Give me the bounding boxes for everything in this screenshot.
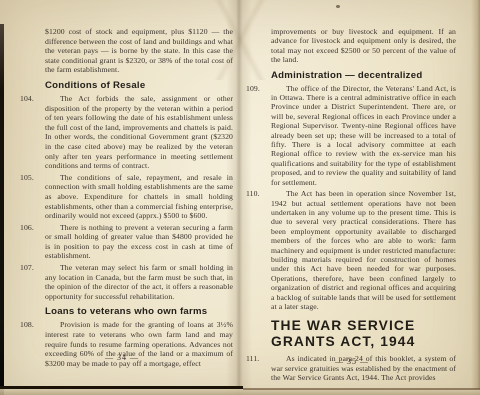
paragraph-text: There is nothing to prevent a veteran se… <box>45 223 233 261</box>
paragraph-number: 106. <box>20 223 34 233</box>
paper-crease <box>170 0 310 80</box>
act-title-line: THE WAR SERVICE <box>271 318 456 334</box>
paragraph-number: 105. <box>20 173 34 183</box>
page-bottom-edge-line-right <box>243 388 480 390</box>
numbered-paragraph: 106.There is nothing to prevent a vetera… <box>45 223 233 261</box>
scan-edge-left <box>0 24 4 395</box>
paragraph-number: 107. <box>20 263 34 273</box>
page-number-35: — 35 — <box>272 357 432 366</box>
book-scan: $1200 cost of stock and equipment, plus … <box>0 0 480 395</box>
page-bottom-edge-line <box>0 386 243 389</box>
section-heading: Conditions of Resale <box>45 80 233 91</box>
paragraph-text: The veteran may select his farm or small… <box>45 263 233 301</box>
paragraph-number: 104. <box>20 94 34 104</box>
act-title-line: GRANTS ACT, 1944 <box>271 334 456 350</box>
numbered-paragraph: 104.The Act forbids the sale, assignment… <box>45 94 233 171</box>
paragraph-text: The Act has been in operation since Nove… <box>271 189 456 311</box>
numbered-paragraph: 107.The veteran may select his farm or s… <box>45 263 233 301</box>
numbered-paragraph: 109.The office of the Director, the Vete… <box>271 84 456 187</box>
scan-edge-right <box>471 0 480 395</box>
paragraph-text: The office of the Director, the Veterans… <box>271 84 456 187</box>
section-heading: Loans to veterans who own farms <box>45 306 233 317</box>
page-number-34: — 34 — <box>42 353 202 362</box>
page-35-text-column: improvements or buy livestock and equipm… <box>271 27 456 385</box>
paragraph-number: 108. <box>20 320 34 330</box>
numbered-paragraph: 110.The Act has been in operation since … <box>271 189 456 311</box>
paper-speck <box>336 5 340 8</box>
numbered-paragraph: 105.The conditions of sale, repayment, a… <box>45 173 233 221</box>
paragraph-text: The conditions of sale, repayment, and r… <box>45 173 233 220</box>
act-title-heading: THE WAR SERVICEGRANTS ACT, 1944 <box>271 318 456 349</box>
paragraph-text: The Act forbids the sale, assignment or … <box>45 94 233 170</box>
